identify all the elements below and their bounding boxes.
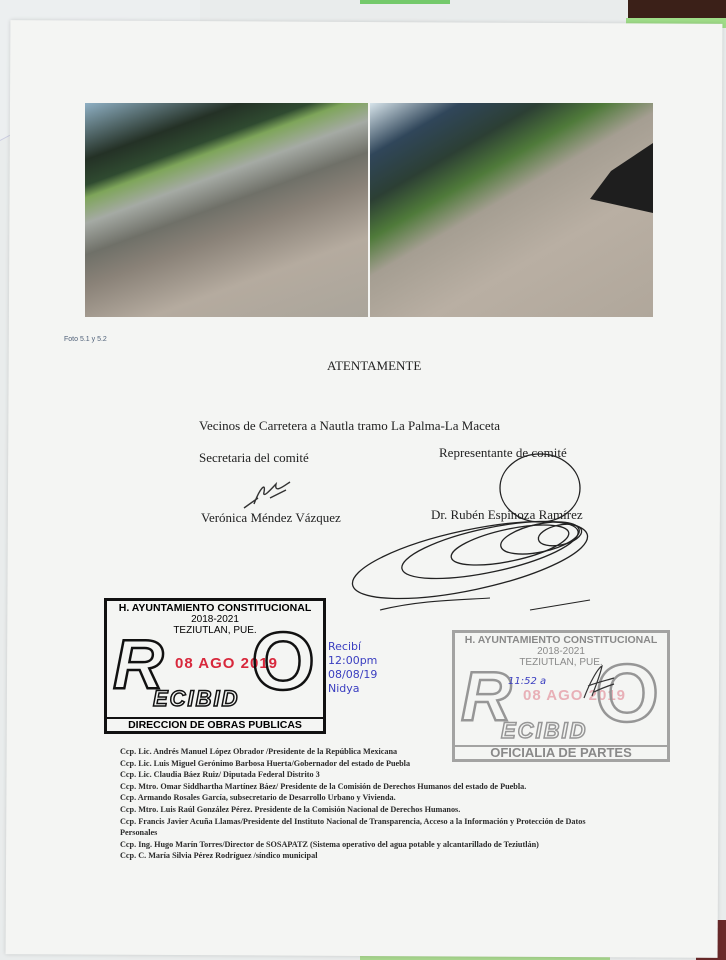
photo-shadow	[583, 143, 653, 213]
cc-item: Ccp. Francis Javier Acuña Llamas/Preside…	[120, 816, 586, 828]
cc-item: Ccp. Lic. Andrés Manuel López Obrador /P…	[120, 746, 586, 758]
group-name: Vecinos de Carretera a Nautla tramo La P…	[199, 418, 500, 434]
cc-item: Ccp. Lic. Luis Miguel Gerónimo Barbosa H…	[120, 758, 586, 770]
handwritten-receipt-note: Recibí 12:00pm 08/08/19 Nidya	[328, 640, 377, 696]
stamp-initials-signature-icon	[578, 662, 618, 702]
cc-item: Ccp. Mtro. Luis Raúl González Pérez. Pre…	[120, 804, 586, 816]
stamp-word: ECIBID	[501, 718, 588, 744]
cc-item: Ccp. C. María Silvia Pérez Rodríguez /sí…	[120, 850, 586, 862]
handwritten-line: Nidya	[328, 682, 377, 696]
photo-caption: Foto 5.1 y 5.2	[64, 336, 107, 343]
handwritten-line: 12:00pm	[328, 654, 377, 668]
stamp-word: ECIBID	[153, 686, 240, 712]
road-photo-5-2	[370, 103, 653, 317]
secretary-signature-icon	[240, 478, 300, 514]
closing-text: ATENTAMENTE	[327, 358, 421, 374]
cc-item: Ccp. Ing. Hugo Marín Torres/Director de …	[120, 839, 586, 851]
stamp-header: H. AYUNTAMIENTO CONSTITUCIONAL	[107, 603, 323, 614]
cc-item: Personales	[120, 827, 586, 839]
received-stamp-obras-publicas: H. AYUNTAMIENTO CONSTITUCIONAL 2018-2021…	[104, 598, 326, 734]
cc-item: Ccp. Mtro. Omar Siddhartha Martínez Báez…	[120, 781, 586, 793]
carbon-copy-list: Ccp. Lic. Andrés Manuel López Obrador /P…	[120, 746, 586, 862]
secretary-role: Secretaria del comité	[199, 450, 309, 466]
handwritten-time-note: 11:52 a	[508, 676, 546, 687]
stamp-final-letter: O	[251, 621, 315, 703]
received-stamp-oficialia-partes: H. AYUNTAMIENTO CONSTITUCIONAL 2018-2021…	[452, 630, 670, 762]
handwritten-line: 08/08/19	[328, 668, 377, 682]
representative-signature-icon	[340, 450, 610, 620]
cc-item: Ccp. Lic. Claudia Báez Ruiz/ Diputada Fe…	[120, 769, 586, 781]
stamp-department: DIRECCION DE OBRAS PUBLICAS	[107, 717, 323, 731]
road-photo-5-1	[85, 103, 368, 317]
stamp-header: H. AYUNTAMIENTO CONSTITUCIONAL	[455, 635, 667, 646]
cc-item: Ccp. Armando Rosales García, subsecretar…	[120, 792, 586, 804]
handwritten-line: Recibí	[328, 640, 377, 654]
background-green-edge	[360, 0, 450, 4]
